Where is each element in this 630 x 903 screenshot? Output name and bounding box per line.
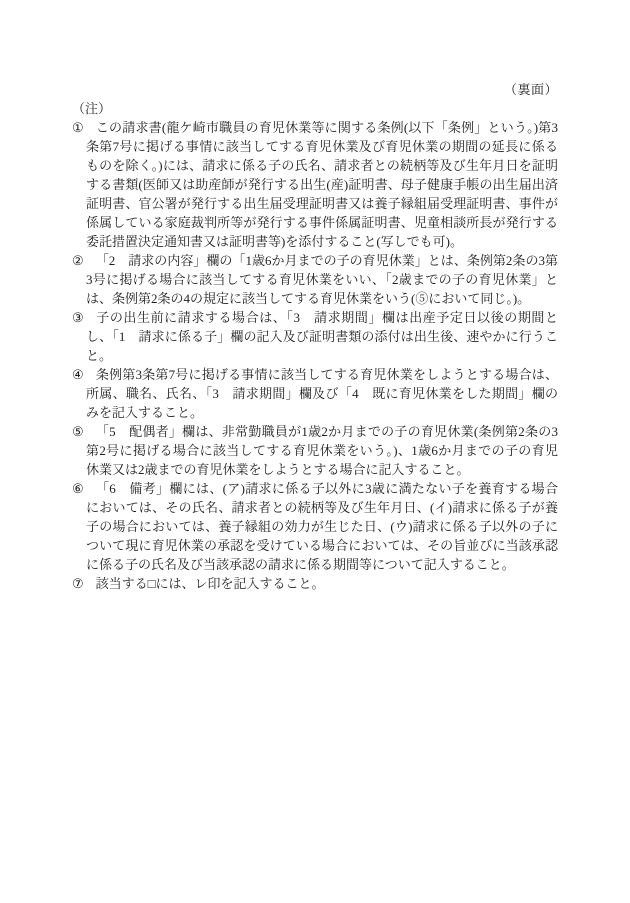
note-text-6: 「6 備考」欄には、(ア)請求に係る子以外に3歳に満たない子を養育する場合におい… [86,481,558,572]
note-number-5: ⑤ [72,424,84,439]
note-number-2: ② [72,253,84,268]
document-content: （裏面） （注） ①この請求書(龍ケ崎市職員の育児休業等に関する条例(以下「条例… [72,80,558,593]
note-number-4: ④ [72,367,84,382]
note-text-2: 「2 請求の内容」欄の「1歳6か月までの子の育児休業」とは、条例第2条の3第3号… [86,253,558,306]
document-page: （裏面） （注） ①この請求書(龍ケ崎市職員の育児休業等に関する条例(以下「条例… [0,0,630,903]
note-item-6: ⑥「6 備考」欄には、(ア)請求に係る子以外に3歳に満たない子を養育する場合にお… [72,479,558,574]
note-item-5: ⑤「5 配偶者」欄は、非常勤職員が1歳2か月までの子の育児休業(条例第2条の3第… [72,422,558,479]
note-item-4: ④条例第3条第7号に掲げる事情に該当してする育児休業をしようとする場合は、所属、… [72,365,558,422]
note-item-2: ②「2 請求の内容」欄の「1歳6か月までの子の育児休業」とは、条例第2条の3第3… [72,251,558,308]
note-text-5: 「5 配偶者」欄は、非常勤職員が1歳2か月までの子の育児休業(条例第2条の3第2… [86,424,558,477]
note-text-7: 該当する□には、レ印を記入すること。 [96,576,325,591]
note-number-1: ① [72,120,84,135]
note-item-1: ①この請求書(龍ケ崎市職員の育児休業等に関する条例(以下「条例」という。)第3条… [72,118,558,251]
note-number-7: ⑦ [72,576,84,591]
note-text-1: この請求書(龍ケ崎市職員の育児休業等に関する条例(以下「条例」という。)第3条第… [86,120,558,249]
note-item-7: ⑦該当する□には、レ印を記入すること。 [72,574,558,593]
notes-header: （注） [72,99,558,118]
page-side-label: （裏面） [72,80,558,99]
notes-list: ①この請求書(龍ケ崎市職員の育児休業等に関する条例(以下「条例」という。)第3条… [72,118,558,593]
note-item-3: ③子の出生前に請求する場合は、「3 請求期間」欄は出産予定日以後の期間とし、「1… [72,308,558,365]
note-text-3: 子の出生前に請求する場合は、「3 請求期間」欄は出産予定日以後の期間とし、「1 … [86,310,558,363]
note-text-4: 条例第3条第7号に掲げる事情に該当してする育児休業をしようとする場合は、所属、職… [86,367,558,420]
note-number-3: ③ [72,310,84,325]
note-number-6: ⑥ [72,481,84,496]
